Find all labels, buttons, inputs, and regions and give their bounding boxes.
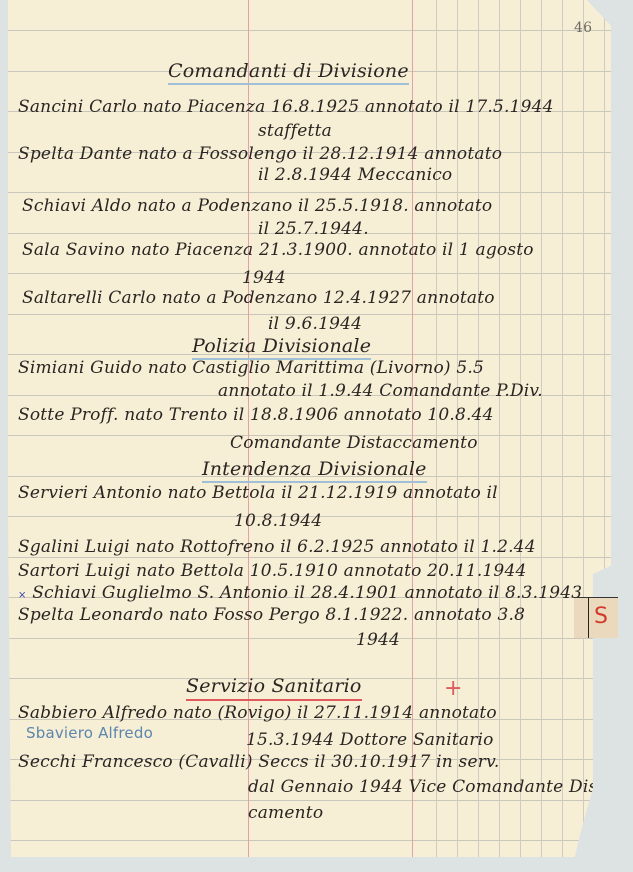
red-cross-icon: + [444, 676, 463, 701]
entry-line: Saltarelli Carlo nato a Podenzano 12.4.1… [22, 288, 495, 308]
entry-line: il 25.7.1944. [258, 219, 369, 239]
entry-line: Schiavi Aldo nato a Podenzano il 25.5.19… [22, 196, 492, 216]
grid-line [478, 0, 479, 857]
entry-line: Sotte Proff. nato Trento il 18.8.1906 an… [18, 405, 494, 425]
margin-line-left [248, 0, 249, 857]
entry-line: 15.3.1944 Dottore Sanitario [246, 730, 494, 750]
correction-annotation: Sbaviero Alfredo [26, 724, 153, 742]
entry-line: × Schiavi Guglielmo S. Antonio il 28.4.1… [18, 583, 582, 603]
entry-line: Sgalini Luigi nato Rottofreno il 6.2.192… [18, 537, 536, 557]
entry-line: staffetta [258, 121, 332, 141]
tab-letter: S [594, 604, 608, 629]
section-title-sanitario: Servizio Sanitario [186, 675, 362, 701]
entry-line: Sabbiero Alfredo nato (Rovigo) il 27.11.… [18, 703, 497, 723]
entry-line: dal Gennaio 1944 Vice Comandante Distac [248, 777, 611, 797]
grid-line [436, 0, 437, 857]
margin-line-right [412, 0, 413, 857]
index-tab: S [574, 597, 618, 638]
entry-line: il 9.6.1944 [268, 314, 362, 334]
entry-line: Comandante Distaccamento [230, 433, 478, 453]
section-title-polizia: Polizia Divisionale [192, 335, 371, 360]
grid-line [520, 0, 521, 857]
entry-line: Simiani Guido nato Castiglio Marittima (… [18, 358, 484, 378]
entry-line: 1944 [242, 268, 286, 288]
tab-divider [588, 598, 589, 638]
entry-line: Sala Savino nato Piacenza 21.3.1900. ann… [22, 240, 534, 260]
section-title-comandanti: Comandanti di Divisione [168, 60, 409, 85]
entry-line: 1944 [356, 630, 400, 650]
grid-line [583, 0, 584, 857]
grid-line [457, 0, 458, 857]
grid-line [604, 0, 605, 857]
entry-line: Spelta Leonardo nato Fosso Pergo 8.1.192… [18, 605, 525, 625]
notebook-page: 46 Comandanti di Divisione Sancini Carlo… [8, 0, 611, 857]
entry-line: Servieri Antonio nato Bettola il 21.12.1… [18, 483, 498, 503]
page-number: 46 [574, 20, 592, 36]
entry-line: camento [248, 803, 323, 823]
grid-line [541, 0, 542, 857]
entry-line: Spelta Dante nato a Fossolengo il 28.12.… [18, 144, 502, 164]
section-title-intendenza: Intendenza Divisionale [202, 458, 427, 483]
entry-line: 10.8.1944 [234, 511, 322, 531]
entry-line: Secchi Francesco (Cavalli) Seccs il 30.1… [18, 752, 499, 772]
entry-line: Sancini Carlo nato Piacenza 16.8.1925 an… [18, 97, 554, 117]
entry-line: Sartori Luigi nato Bettola 10.5.1910 ann… [18, 561, 526, 581]
grid-line [499, 0, 500, 857]
entry-line: il 2.8.1944 Meccanico [258, 165, 452, 185]
entry-line: annotato il 1.9.44 Comandante P.Div. [218, 381, 543, 401]
grid-line [562, 0, 563, 857]
asterisk-mark: × [18, 590, 27, 601]
